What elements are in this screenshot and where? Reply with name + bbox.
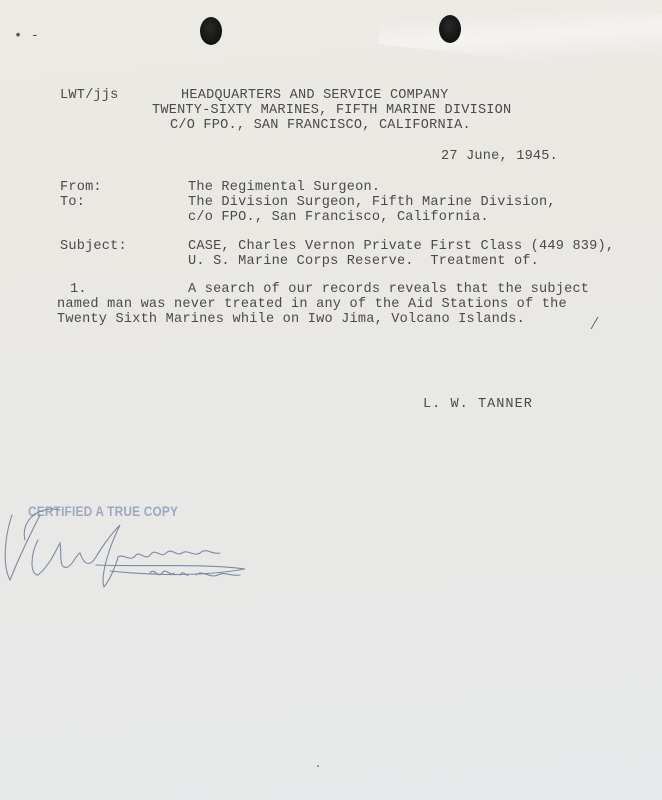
subject-label: Subject: — [60, 240, 127, 254]
letterhead-line-1: HEADQUARTERS AND SERVICE COMPANY — [181, 89, 448, 103]
letter-date: 27 June, 1945. — [441, 150, 558, 164]
to-line-2: c/o FPO., San Francisco, California. — [188, 211, 489, 225]
subject-line-1: CASE, Charles Vernon Private First Class… — [188, 240, 614, 254]
subject-line-2: U. S. Marine Corps Reserve. Treatment of… — [188, 255, 539, 269]
body-line-2: named man was never treated in any of th… — [57, 298, 567, 312]
reference-initials: LWT/jjs — [60, 89, 119, 103]
to-label: To: — [60, 196, 85, 210]
punch-hole-icon — [439, 15, 461, 43]
paper-specks: • - — [14, 30, 39, 44]
paper-speck — [317, 765, 319, 767]
handwritten-signature-icon — [0, 495, 280, 595]
body-line-3: Twenty Sixth Marines while on Iwo Jima, … — [57, 313, 525, 327]
paper-fold-shadow — [378, 0, 662, 76]
from-label: From: — [60, 181, 102, 195]
paragraph-number: 1. — [70, 283, 87, 297]
punch-hole-icon — [200, 17, 222, 45]
pencil-mark — [591, 317, 599, 330]
to-line-1: The Division Surgeon, Fifth Marine Divis… — [188, 196, 556, 210]
letterhead-line-2: TWENTY-SIXTY MARINES, FIFTH MARINE DIVIS… — [152, 104, 511, 118]
document-page: • - LWT/jjs HEADQUARTERS AND SERVICE COM… — [0, 0, 662, 800]
body-line-1: A search of our records reveals that the… — [188, 283, 589, 297]
letterhead-line-3: C/O FPO., SAN FRANCISCO, CALIFORNIA. — [170, 119, 471, 133]
signature-block: L. W. TANNER — [423, 398, 533, 412]
from-value: The Regimental Surgeon. — [188, 181, 380, 195]
